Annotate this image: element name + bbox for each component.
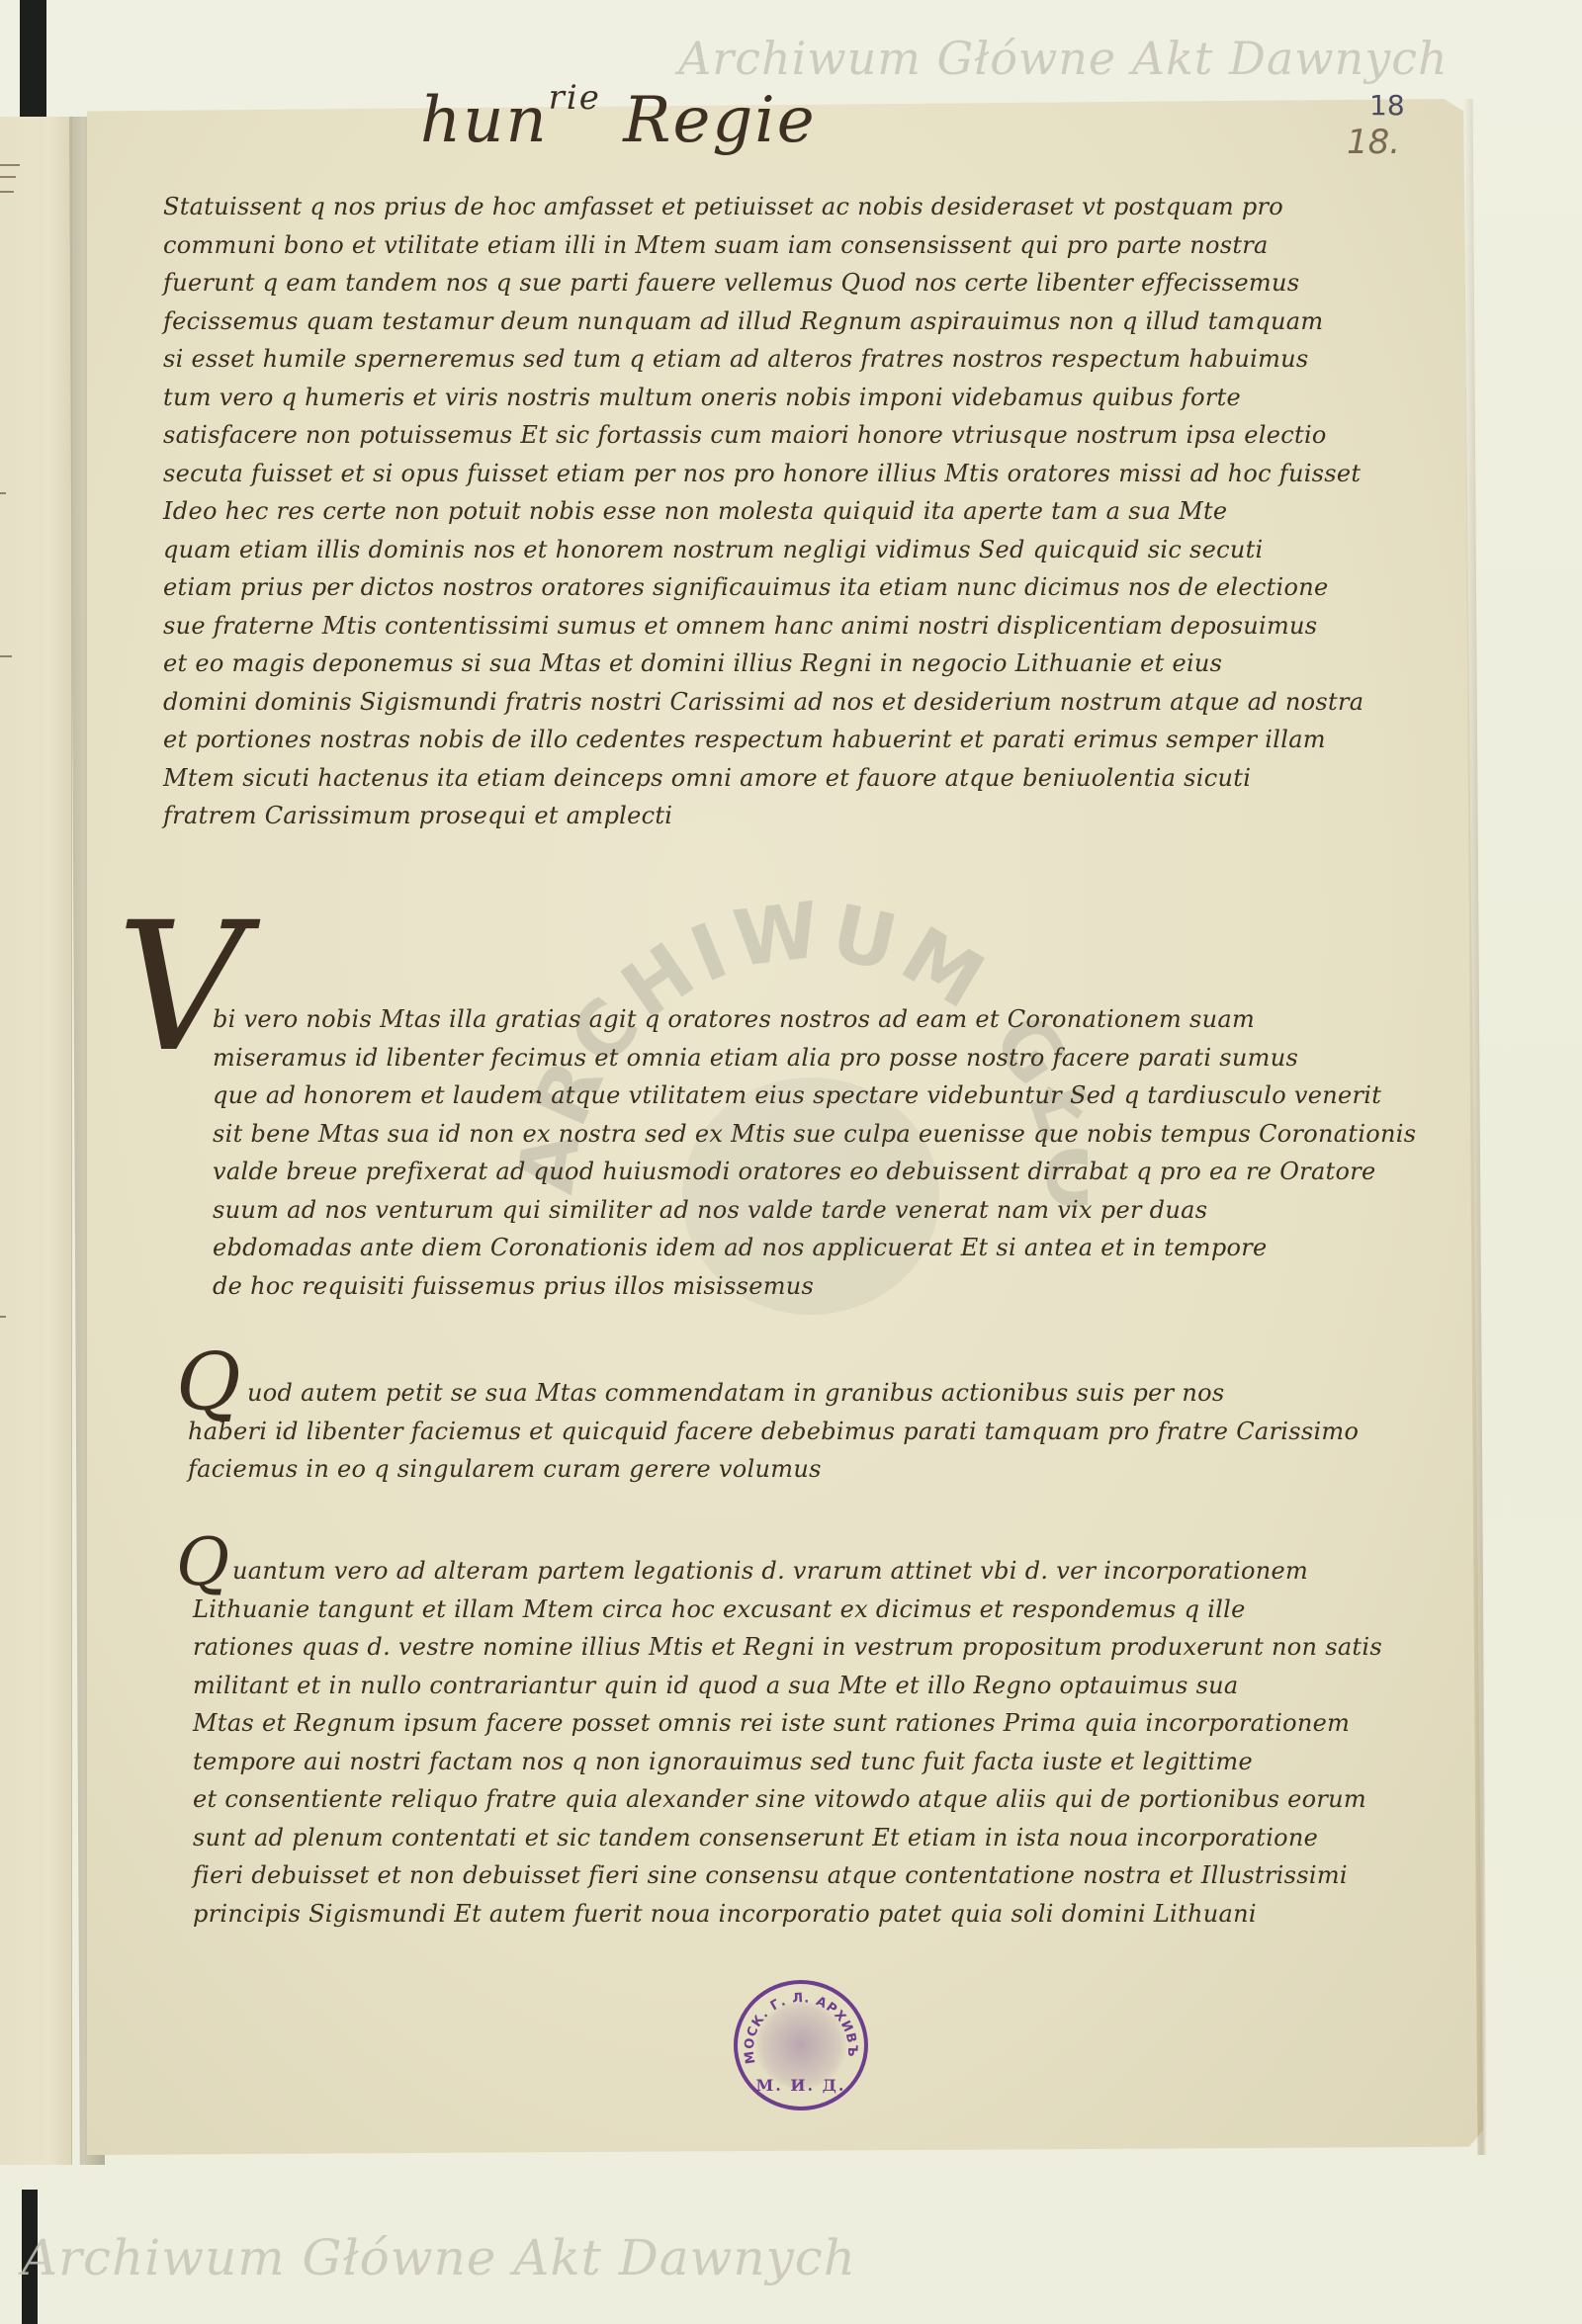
text-line: sue fraterne Mtis contentissimi sumus et… bbox=[163, 607, 1310, 646]
seal-bottom-text: М. И. Д. bbox=[738, 2076, 864, 2095]
archive-seal-stamp: МОСК. Г. Л. АРХИВЪ М. И. Д. bbox=[734, 1980, 868, 2110]
decorated-initial: Q bbox=[176, 1530, 229, 1595]
text-line: si esset humile sperneremus sed tum q et… bbox=[163, 340, 1310, 379]
text-line: fecissemus quam testamur deum nunquam ad… bbox=[163, 302, 1310, 341]
text-line: communi bono et vtilitate etiam illi in … bbox=[163, 226, 1310, 265]
text-line: de hoc requisiti fuissemus prius illos m… bbox=[213, 1267, 1330, 1306]
text-line: valde breue prefixerat ad quod huiusmodi… bbox=[213, 1153, 1330, 1191]
decorated-initial: Q bbox=[176, 1342, 241, 1421]
heading-superscript: rie bbox=[549, 78, 601, 118]
heading-text: hun bbox=[420, 84, 549, 157]
text-line: et portiones nostras nobis de illo ceden… bbox=[163, 721, 1310, 759]
paragraph-4: uantum vero ad alteram partem legationis… bbox=[232, 1552, 1369, 1933]
text-line: Statuissent q nos prius de hoc amfasset … bbox=[163, 188, 1310, 226]
text-line: tum vero q humeris et viris nostris mult… bbox=[163, 379, 1310, 417]
folio-number-pencil: 18 bbox=[1369, 89, 1405, 122]
text-line: Mtas et Regnum ipsum facere posset omnis… bbox=[193, 1704, 1369, 1743]
text-line: sunt ad plenum contentati et sic tandem … bbox=[193, 1819, 1369, 1857]
folio-number-ink: 18. bbox=[1347, 123, 1400, 162]
text-line: suum ad nos venturum qui similiter ad no… bbox=[213, 1191, 1330, 1230]
text-line: que ad honorem et laudem atque vtilitate… bbox=[213, 1076, 1330, 1115]
text-line: militant et in nullo contrariantur quin … bbox=[193, 1667, 1369, 1705]
text-line: miseramus id libenter fecimus et omnia e… bbox=[213, 1039, 1330, 1077]
paragraph-2: bi vero nobis Mtas illa gratias agit q o… bbox=[213, 1000, 1330, 1305]
text-line: sit bene Mtas sua id non ex nostra sed e… bbox=[213, 1115, 1330, 1154]
binding-strip-top bbox=[20, 0, 46, 124]
text-line: et consentiente reliquo fratre quia alex… bbox=[193, 1780, 1369, 1819]
text-line: Ideo hec res certe non potuit nobis esse… bbox=[163, 492, 1310, 531]
text-line: tempore aui nostri factam nos q non igno… bbox=[193, 1743, 1369, 1781]
text-line: ebdomadas ante diem Coronationis idem ad… bbox=[213, 1229, 1330, 1267]
text-line: uod autem petit se sua Mtas commendatam … bbox=[247, 1374, 1384, 1413]
text-line: fratrem Carissimum prosequi et amplecti bbox=[163, 797, 1310, 835]
text-line: domini dominis Sigismundi fratris nostri… bbox=[163, 683, 1310, 722]
page-heading: hunrie Regie bbox=[420, 84, 817, 157]
heading-rest: Regie bbox=[601, 84, 817, 157]
text-line: rationes quas d. vestre nomine illius Mt… bbox=[193, 1628, 1369, 1667]
text-line: etiam prius per dictos nostros oratores … bbox=[163, 568, 1310, 607]
text-line: principis Sigismundi Et autem fuerit nou… bbox=[193, 1895, 1369, 1934]
text-line: Mtem sicuti hactenus ita etiam deinceps … bbox=[163, 759, 1310, 798]
text-line: fieri debuisset et non debuisset fieri s… bbox=[193, 1856, 1369, 1895]
text-line: faciemus in eo q singularem curam gerere… bbox=[188, 1450, 1384, 1489]
text-line: et eo magis deponemus si sua Mtas et dom… bbox=[163, 645, 1310, 683]
paragraph-1: Statuissent q nos prius de hoc amfasset … bbox=[163, 188, 1310, 835]
text-line: Lithuanie tangunt et illam Mtem circa ho… bbox=[193, 1591, 1369, 1629]
text-line: secuta fuisset et si opus fuisset etiam … bbox=[163, 455, 1310, 493]
text-line: fuerunt q eam tandem nos q sue parti fau… bbox=[163, 264, 1310, 302]
paragraph-3: uod autem petit se sua Mtas commendatam … bbox=[247, 1374, 1384, 1489]
text-line: quam etiam illis dominis nos et honorem … bbox=[163, 531, 1310, 569]
text-line: satisfacere non potuissemus Et sic forta… bbox=[163, 416, 1310, 455]
archive-watermark-top: Archiwum Główne Akt Dawnych bbox=[678, 32, 1449, 85]
text-line: uantum vero ad alteram partem legationis… bbox=[232, 1552, 1369, 1591]
left-page-ink-marks bbox=[0, 117, 69, 2165]
archive-watermark-bottom: Archiwum Główne Akt Dawnych bbox=[22, 2229, 856, 2286]
text-line: haberi id libenter faciemus et quicquid … bbox=[188, 1413, 1384, 1451]
svg-text:МОСК. Г. Л. АРХИВЪ: МОСК. Г. Л. АРХИВЪ bbox=[743, 1991, 860, 2065]
text-line: bi vero nobis Mtas illa gratias agit q o… bbox=[213, 1000, 1330, 1039]
